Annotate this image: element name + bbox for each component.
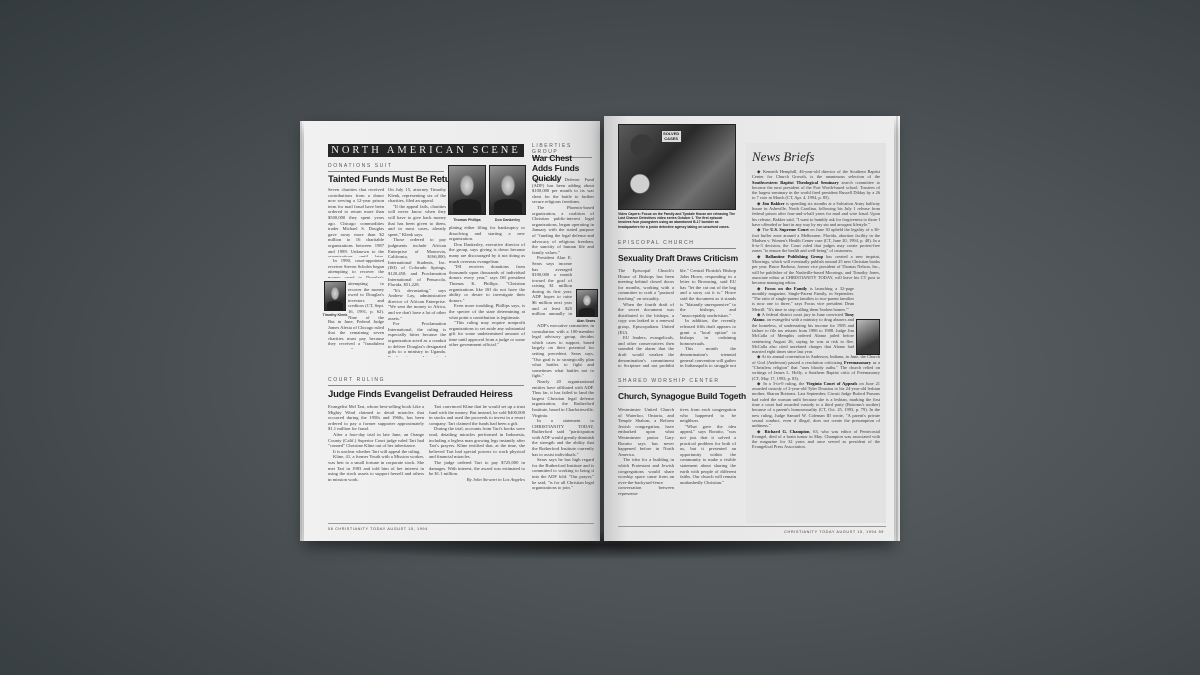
photo-don-dankerley [489, 165, 526, 215]
diamond-bullet-icon: ◆ [757, 169, 763, 174]
article-kicker: SHARED WORSHIP CENTER [618, 378, 736, 387]
diamond-bullet-icon: ◆ [757, 312, 762, 317]
news-briefs-panel: News Briefs ◆ Kenneth Hemphill, 46-year-… [746, 143, 886, 523]
article-column: Tari convinced Kline that he would set u… [429, 404, 525, 514]
article-headline: Judge Finds Evangelist Defrauded Heiress [328, 389, 513, 400]
paragraph: Even more troubling, Phillips says, is t… [449, 303, 525, 320]
page-footer: 58 CHRISTIANITY TODAY AUGUST 15, 1994 [328, 527, 428, 531]
photo-caption: Timothy Klenk [322, 313, 348, 317]
paragraph: For Proclamation International, the ruli… [388, 321, 446, 357]
diamond-bullet-icon: ◆ [757, 381, 763, 386]
paragraph: attempting to recover the money owed to … [348, 281, 384, 319]
paragraph: The Episcopal Church's House of Bishops … [618, 268, 674, 302]
news-brief-item: ◆ In a 3-to-0 ruling, the Virginia Court… [752, 381, 880, 429]
section-banner: NORTH AMERICAN SCENE [328, 144, 524, 157]
footer-rule [328, 523, 594, 524]
paragraph: Sears says he has high regard for the Ru… [532, 457, 594, 491]
paragraph: ADF's executive committee, in consultati… [532, 323, 594, 379]
diamond-bullet-icon: ◆ [757, 429, 765, 434]
left-page: NORTH AMERICAN SCENE DONATIONS SUIT Tain… [304, 121, 600, 541]
article-kicker: COURT RULING [328, 377, 524, 386]
byline: By John Stewart in Los Angeles [429, 477, 525, 483]
article-column: ADF's executive committee, in consultati… [532, 323, 594, 518]
photo-caption: Thomas Phillips [448, 218, 486, 222]
photo-timothy-klenk [324, 281, 346, 311]
article-column: The Episcopal Church's House of Bishops … [618, 268, 674, 368]
paragraph: Tari convinced Kline that he would set u… [429, 404, 525, 426]
paragraph: In a statement to CHRISTIANITY TODAY, Ru… [532, 418, 594, 457]
paragraph: In addition, the recently released fifth… [680, 318, 736, 346]
news-brief-item: ◆ Ballantine Publishing Group has create… [752, 254, 880, 286]
photo-sign: SOLVED CASES [661, 130, 682, 143]
article-column: On July 15, attorney Timothy Klenk, repr… [388, 187, 446, 357]
article-column: ble." Central Florida's Bishop John Howe… [680, 268, 736, 368]
paragraph: The idea for a building in which Protest… [618, 457, 674, 496]
article-headline: Sexuality Draft Draws Criticism [618, 253, 738, 263]
paragraph: plating either filing for bankruptcy or … [449, 225, 525, 242]
paragraph: This month the denomination's triennial … [680, 346, 736, 368]
article-column: plating either filing for bankruptcy or … [449, 225, 525, 355]
paragraph: During the trial, accounts from Tari's b… [429, 426, 525, 460]
paragraph: ble." Central Florida's Bishop John Howe… [680, 268, 736, 318]
news-brief-item: ◆ At its annual convention in Anderson, … [752, 354, 880, 380]
diamond-bullet-icon: ◆ [757, 354, 762, 359]
article-column: Seven charities that received contributi… [328, 187, 384, 257]
paragraph: When the fourth draft of the secret docu… [618, 302, 674, 336]
paragraph: "It's devastating," says Andrew Lay, adm… [388, 288, 446, 322]
paragraph: The judge ordered Tari to pay $725,000 i… [429, 460, 525, 477]
article-column: Evangelist Mel Tari, whose best-selling … [328, 404, 424, 514]
photo-thomas-phillips [448, 165, 486, 215]
paragraph: "What gave the idea appeal," says Boratt… [680, 424, 736, 486]
paragraph: After a four-day trial in late June, an … [328, 432, 424, 449]
page-footer: CHRISTIANITY TODAY AUGUST 15, 1994 59 [784, 530, 884, 534]
paragraph: Westminster United Church of Waterloo, O… [618, 407, 674, 457]
paragraph: EU leaders, evangelicals, and other cons… [618, 335, 674, 368]
article-column: Westminster United Church of Waterloo, O… [618, 407, 674, 511]
photo-caption: Don Dankerley [489, 218, 526, 222]
diamond-bullet-icon: ◆ [757, 227, 762, 232]
news-brief-item: ◆ Jim Bakker is spending six months at a… [752, 201, 880, 227]
news-briefs-title: News Briefs [752, 149, 814, 165]
single-parent-family-magazine-cover [856, 319, 880, 355]
diamond-bullet-icon: ◆ [757, 286, 765, 291]
paragraph: "If the appeal fails, charities will nev… [388, 204, 446, 238]
paragraph: Kline, 41, a former Youth with a Mission… [328, 454, 424, 482]
paragraph: The Alliance Defense Fund (ADF) has been… [532, 177, 594, 205]
article-headline: Church, Synagogue Build Together [618, 391, 754, 401]
paragraph: On July 15, attorney Timothy Klenk, repr… [388, 187, 446, 204]
paragraph: Those ordered to pay judgments include A… [388, 237, 446, 287]
news-brief-item: ◆ Kenneth Hemphill, 46-year-old director… [752, 169, 880, 201]
article-kicker: DONATIONS SUIT [328, 163, 444, 172]
news-brief-item: ◆ Focus on the Family is launching a 32-… [752, 286, 880, 312]
photo-caption: Video Capers: Focus on the Family and Ty… [618, 212, 736, 229]
video-capers-photo: SOLVED CASES [618, 124, 736, 210]
paragraph: The Phoenix-based organization, a coalit… [532, 205, 594, 255]
paragraph: President Alan E. Sears says income has … [532, 255, 572, 317]
paragraph: Don Dankerley, executive director of the… [449, 242, 525, 264]
news-brief-item: ◆ Richard G. Champion, 63, who was edito… [752, 429, 880, 450]
footer-rule [618, 526, 886, 527]
article-column: tives from each congregation who happene… [680, 407, 736, 511]
article-column: In 1990, court-appointed receiver Steven… [328, 258, 384, 278]
paragraph: Nearly 20 organizational entities have a… [532, 379, 594, 418]
paragraph: Seven charities that received contributi… [328, 187, 384, 257]
paragraph: Evangelist Mel Tari, whose best-selling … [328, 404, 424, 432]
paragraph: But in June, Federal Judge James Alesia … [328, 319, 384, 349]
article-kicker: EPISCOPAL CHURCH [618, 240, 736, 249]
right-page: SOLVED CASES Video Capers: Focus on the … [604, 116, 894, 541]
paragraph: "ISI receives donations from thousands u… [449, 264, 525, 303]
paragraph: "This ruling may require nonprofit organ… [449, 320, 525, 348]
paragraph: tives from each congregation who happene… [680, 407, 736, 424]
magazine-spread: NORTH AMERICAN SCENE DONATIONS SUIT Tain… [300, 112, 900, 550]
article-column: But in June, Federal Judge James Alesia … [328, 319, 384, 349]
news-brief-item: ◆ The U.S. Supreme Court on June 30 uphe… [752, 227, 880, 253]
paragraph: In 1990, court-appointed receiver Steven… [328, 258, 384, 278]
article-column: attempting to recover the money owed to … [348, 281, 384, 319]
photo-alan-sears [576, 289, 598, 317]
